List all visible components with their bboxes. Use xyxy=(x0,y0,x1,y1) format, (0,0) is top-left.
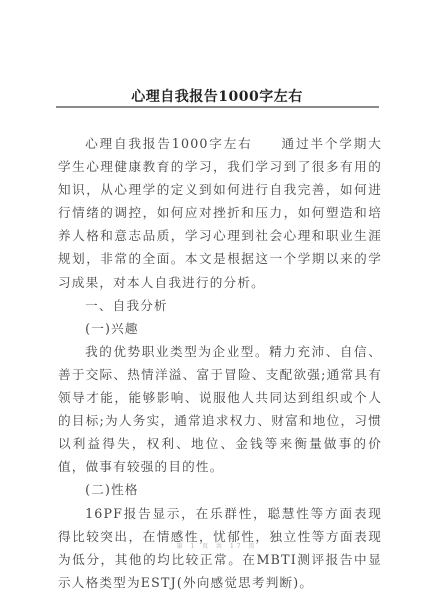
page-number-footer: 第 1 页 共 17 页 xyxy=(0,541,424,550)
paragraph-intro: 心理自我报告1000字左右 通过半个学期大学生心理健康教育的学习，我们学习到了很… xyxy=(58,132,382,294)
section-heading-self-analysis: 一、自我分析 xyxy=(58,294,382,317)
subsection-heading-personality: (二)性格 xyxy=(58,478,382,501)
subsection-heading-interest: (一)兴趣 xyxy=(58,317,382,340)
document-body: 心理自我报告1000字左右 通过半个学期大学生心理健康教育的学习，我们学习到了很… xyxy=(58,132,382,594)
title-divider xyxy=(56,106,379,108)
document-title: 心理自我报告1000字左右 xyxy=(0,86,424,106)
document-page: 心理自我报告1000字左右 心理自我报告1000字左右 通过半个学期大学生心理健… xyxy=(0,0,424,600)
paragraph-interest: 我的优势职业类型为企业型。精力充沛、自信、善于交际、热情洋溢、富于冒险、支配欲强… xyxy=(58,340,382,479)
